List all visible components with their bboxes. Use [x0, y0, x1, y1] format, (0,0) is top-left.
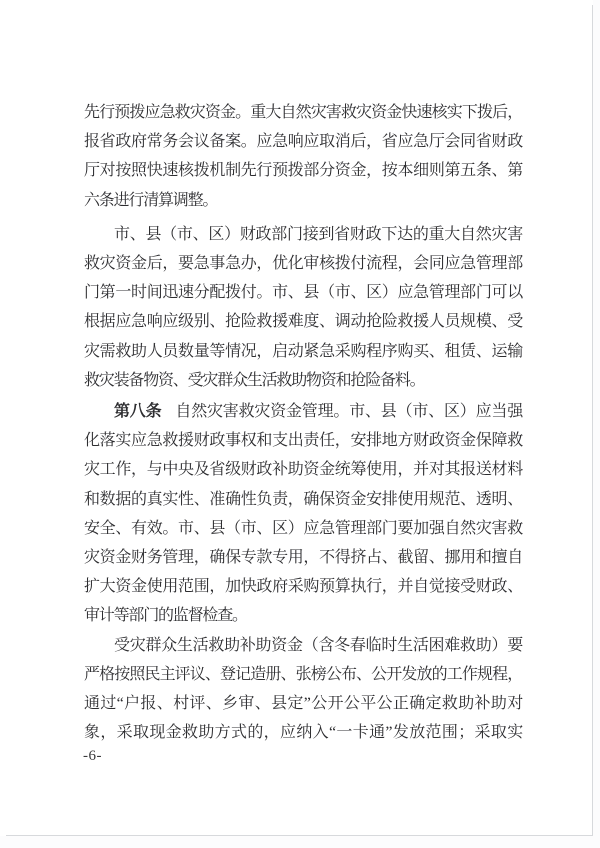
text-line: 门第一时间迅速分配拨付。市、县（市、区）应急管理部门可以 [84, 278, 522, 307]
text-line: 通过“户报、村评、乡审、县定”公开公平公正确定救助补助对 [84, 689, 522, 718]
text-line: 灾资金财务管理，确保专款专用，不得挤占、截留、挪用和擅自 [84, 543, 522, 572]
text-line: 灾工作，与中央及省级财政补助资金统筹使用，并对其报送材料 [84, 455, 522, 484]
paragraph-1: 先行预拨应急救灾资金。重大自然灾害救灾资金快速核实下拨后， 报省政府常务会议备案… [84, 98, 522, 215]
text-line: 根据应急响应级别、抢险救援难度、调动抢险救援人员规模、受 [84, 307, 522, 336]
page-edge-bottom [6, 835, 593, 836]
scan-margin-right [593, 0, 600, 848]
text-line: 安全、有效。市、县（市、区）应急管理部门要加强自然灾害救 [84, 514, 522, 543]
text-line: 灾需救助人员数量等情况，启动紧急采购程序购买、租赁、运输 [84, 337, 522, 366]
text-line: 和数据的真实性、准确性负责，确保资金安排使用规范、透明、 [84, 485, 522, 514]
paragraph-4: 受灾群众生活救助补助资金（含冬春临时生活困难救助）要 严格按照民主评议、登记造册… [84, 631, 522, 748]
text-line: 审计等部门的监督检查。 [84, 601, 522, 630]
text-line: 报省政府常务会议备案。应急响应取消后，省应急厅会同省财政 [84, 127, 522, 156]
text-span: 自然灾害救灾资金管理。市、县（市、区）应当强 [174, 403, 522, 420]
text-line: 扩大资金使用范围，加快政府采购预算执行，并自觉接受财政、 [84, 572, 522, 601]
article-number-label: 第八条 [114, 403, 161, 420]
text-line: 救灾资金后，要急事急办，优化审核拨付流程，会同应急管理部 [84, 249, 522, 278]
text-line: 救灾装备物资、受灾群众生活救助物资和抢险备料。 [84, 366, 522, 395]
text-line: 化落实应急救援财政事权和支出责任，安排地方财政资金保障救 [84, 426, 522, 455]
text-line: 严格按照民主评议、登记造册、张榜公布、公开发放的工作规程， [84, 660, 522, 689]
text-line: 市、县（市、区）财政部门接到省财政下达的重大自然灾害 [84, 220, 522, 249]
text-line: 第八条自然灾害救灾资金管理。市、县（市、区）应当强 [84, 397, 522, 426]
scanned-page: 先行预拨应急救灾资金。重大自然灾害救灾资金快速核实下拨后， 报省政府常务会议备案… [0, 0, 600, 848]
page-number: -6- [83, 748, 102, 765]
page-edge-right [592, 5, 593, 836]
text-line: 先行预拨应急救灾资金。重大自然灾害救灾资金快速核实下拨后， [84, 98, 522, 127]
text-line: 象，采取现金救助方式的，应纳入“一卡通”发放范围；采取实 [84, 718, 522, 747]
text-line: 厅对按照快速核拨机制先行预拨部分资金，按本细则第五条、第 [84, 156, 522, 185]
text-line: 六条进行清算调整。 [84, 186, 522, 215]
text-line: 受灾群众生活救助补助资金（含冬春临时生活困难救助）要 [84, 631, 522, 660]
paragraph-2: 市、县（市、区）财政部门接到省财政下达的重大自然灾害 救灾资金后，要急事急办，优… [84, 220, 522, 395]
paragraph-article-8: 第八条自然灾害救灾资金管理。市、县（市、区）应当强 化落实应急救援财政事权和支出… [84, 397, 522, 631]
scan-margin-bottom [0, 836, 600, 848]
document-body: 先行预拨应急救灾资金。重大自然灾害救灾资金快速核实下拨后， 报省政府常务会议备案… [84, 98, 522, 747]
